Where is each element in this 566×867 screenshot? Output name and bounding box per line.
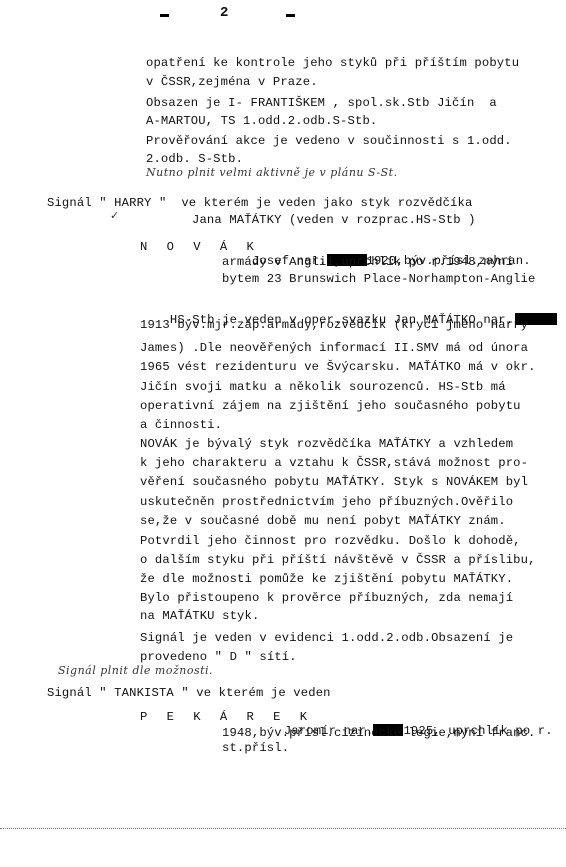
text-line: uskutečněn prostřednictvím jeho příbuzný…	[140, 495, 513, 509]
header-dash-right	[286, 14, 295, 17]
text-line: věření současného pobytu MAŤÁTKY. Styk s…	[140, 475, 528, 489]
handwritten-note: Signál plnit dle možnosti.	[58, 664, 213, 677]
text-line: 1965 vést rezidenturu ve Švýcarsku. MAŤÁ…	[140, 360, 536, 374]
text-line: Jičín svoji matku a několik sourozenců. …	[140, 380, 506, 394]
text-line: Prověřování akce je vedeno v součinnosti…	[146, 134, 512, 148]
text-line: Signál je veden v evidenci 1.odd.2.odb.O…	[140, 631, 513, 645]
subject-line: bytem 23 Brunswich Place-Norhampton-Angl…	[222, 272, 535, 286]
text-line: 2.odb. S-Stb.	[146, 152, 243, 166]
text-line: a činnosti.	[140, 418, 222, 432]
text-line: provedeno " D " sítí.	[140, 650, 297, 664]
text-line: v ČSSR,zejména v Praze.	[146, 75, 318, 89]
checkmark-icon: ✓	[110, 209, 119, 222]
subject-line: 1948,býv.přísl.cizinecké legie,nyní fran…	[222, 726, 535, 740]
text-line: NOVÁK je bývalý styk rozvědčíka MAŤÁTKY …	[140, 437, 513, 451]
text-line: Bylo přistoupeno k prověrce příbuzných, …	[140, 591, 513, 605]
text-line: Potvrdil jeho činnost pro rozvědku. Došl…	[140, 534, 521, 548]
handwritten-note: Nutno plnit velmi aktivně je v plánu S-S…	[146, 166, 398, 179]
page-number: 2	[220, 6, 229, 20]
text-line: o dalším styku při příští návštěvě v ČSS…	[140, 553, 536, 567]
text-line: opatření ke kontrole jeho styků při příš…	[146, 56, 519, 70]
subject-line: armády v Anglii,uprchlík po r.1948,nyní	[222, 255, 513, 269]
subject-line: st.přísl.	[222, 741, 289, 755]
header-dash-left	[160, 14, 169, 17]
text-line: že dle možnosti pomůže ke zjištění pobyt…	[140, 572, 513, 586]
text-line: 1913 býv.mjr.záp.armády,rozvědčík (krycí…	[140, 318, 528, 332]
text-line: A-MARTOU, TS 1.odd.2.odb.S-Stb.	[146, 114, 377, 128]
text-line: James) .Dle neověřených informací II.SMV…	[140, 341, 528, 355]
text-line: na MAŤÁTKU styk.	[140, 609, 259, 623]
text-line: Obsazen je I- FRANTIŠKEM , spol.sk.Stb J…	[146, 96, 497, 110]
text-line: operativní zájem na zjištění jeho součas…	[140, 399, 521, 413]
text-line: k jeho charakteru a vztahu k ČSSR,stává …	[140, 456, 528, 470]
signal-heading-cont: Jana MAŤÁTKY (veden v rozprac.HS-Stb )	[192, 213, 476, 227]
page-edge-line	[0, 828, 566, 830]
signal-heading: Signál " TANKISTA " ve kterém je veden	[47, 686, 331, 700]
text-line: se,že v současné době mu není pobyt MAŤÁ…	[140, 514, 506, 528]
signal-heading: Signál " HARRY " ve kterém je veden jako…	[47, 196, 472, 210]
